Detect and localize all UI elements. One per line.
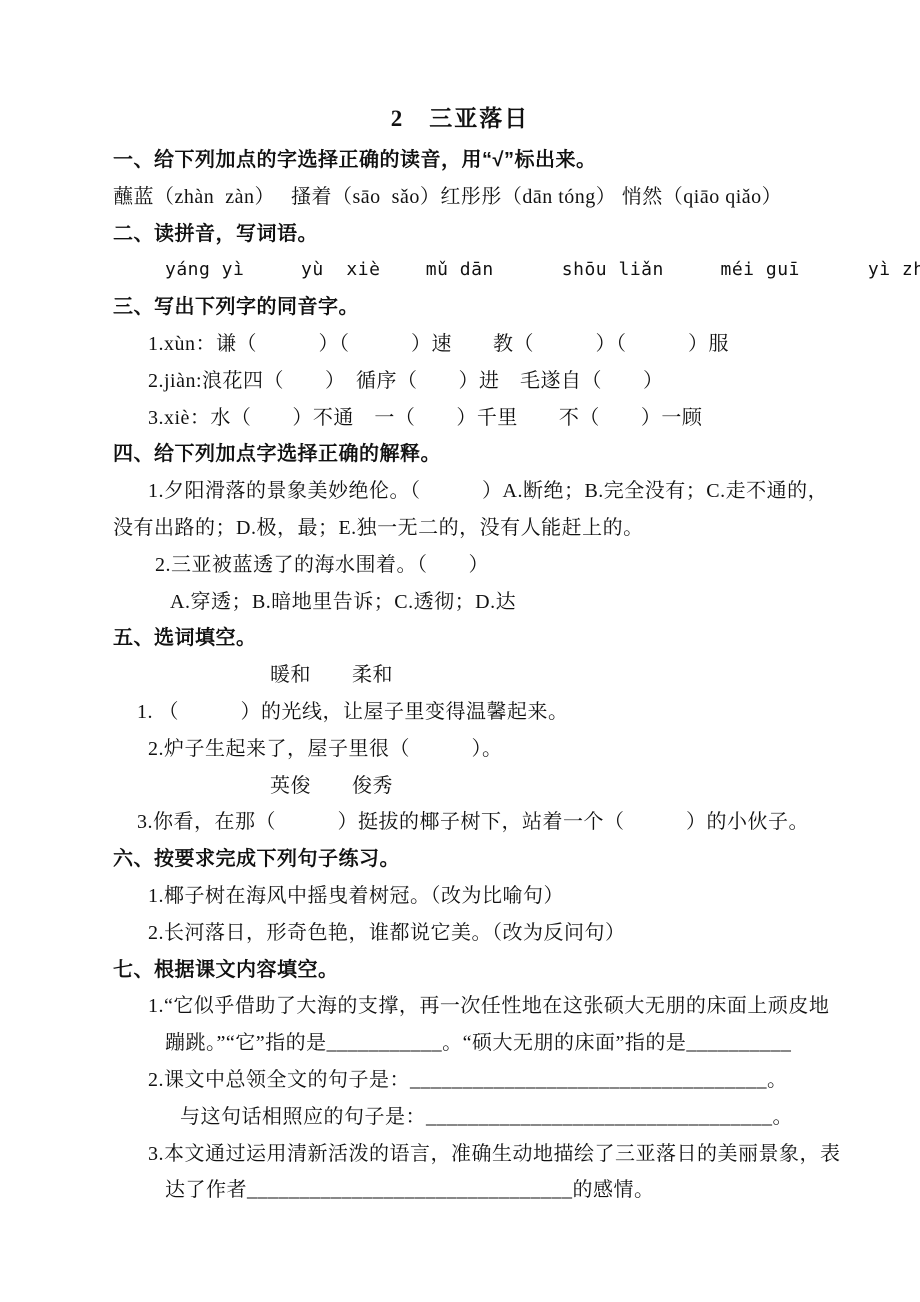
worksheet-content: 2 三亚落日 一、给下列加点的字选择正确的读音，用“√”标出来。 蘸蓝（zhàn… bbox=[0, 96, 813, 1209]
worksheet-title: 2 三亚落日 bbox=[113, 96, 807, 142]
section-7: 七、根据课文内容填空。 1.“它似乎借助了大海的支撑，再一次任性地在这张硕大无朋… bbox=[113, 952, 813, 1210]
section-5-line-3: 3.你看，在那（ ）挺拔的椰子树下，站着一个（ ）的小伙子。 bbox=[137, 804, 813, 841]
section-4-line-4: A.穿透；B.暗地里告诉；C.透彻；D.达 bbox=[170, 584, 813, 621]
section-1-heading: 一、给下列加点的字选择正确的读音，用“√”标出来。 bbox=[113, 142, 813, 179]
section-6-line-1: 1.椰子树在海风中摇曳着树冠。（改为比喻句） bbox=[148, 878, 813, 915]
section-5-heading: 五、选词填空。 bbox=[113, 620, 813, 657]
section-1: 一、给下列加点的字选择正确的读音，用“√”标出来。 蘸蓝（zhàn zàn） 搔… bbox=[113, 142, 813, 216]
section-5: 五、选词填空。 暖和 柔和 1. （ ）的光线，让屋子里变得温馨起来。 2.炉子… bbox=[113, 620, 813, 841]
section-3-line-1: 1.xùn：谦（ ）（ ）速 教（ ）（ ）服 bbox=[148, 326, 813, 363]
section-2: 二、读拼音，写词语。 yáng yì yù xiè mǔ dān shōu li… bbox=[113, 216, 813, 290]
section-7-line-6: 达了作者_______________________________的感情。 bbox=[165, 1172, 813, 1209]
section-7-line-2: 蹦跳。”“它”指的是___________。“硕大无朋的床面”指的是______… bbox=[165, 1025, 813, 1062]
section-6-heading: 六、按要求完成下列句子练习。 bbox=[113, 841, 813, 878]
section-7-line-3: 2.课文中总领全文的句子是：__________________________… bbox=[148, 1062, 813, 1099]
section-7-line-1: 1.“它似乎借助了大海的支撑，再一次任性地在这张硕大无朋的床面上顽皮地 bbox=[148, 988, 813, 1025]
section-5-line-2: 2.炉子生起来了，屋子里很（ ）。 bbox=[148, 731, 813, 768]
section-3-line-2: 2.jiàn:浪花四（ ） 循序（ ）进 毛遂自（ ） bbox=[148, 363, 813, 400]
section-7-line-5: 3.本文通过运用清新活泼的语言，准确生动地描绘了三亚落日的美丽景象，表 bbox=[148, 1136, 813, 1173]
section-4-line-1: 1.夕阳滑落的景象美妙绝伦。（ ）A.断绝；B.完全没有；C.走不通的， bbox=[148, 473, 813, 510]
section-6-line-2: 2.长河落日，形奇色艳，谁都说它美。（改为反问句） bbox=[148, 915, 813, 952]
section-4-line-3: 2.三亚被蓝透了的海水围着。（ ） bbox=[155, 547, 813, 584]
section-4-line-2: 没有出路的；D.极，最；E.独一无二的，没有人能赶上的。 bbox=[113, 510, 813, 547]
section-5-word-pair-2: 英俊 俊秀 bbox=[270, 768, 813, 805]
section-7-heading: 七、根据课文内容填空。 bbox=[113, 952, 813, 989]
section-3-heading: 三、写出下列字的同音字。 bbox=[113, 289, 813, 326]
section-3: 三、写出下列字的同音字。 1.xùn：谦（ ）（ ）速 教（ ）（ ）服 2.j… bbox=[113, 289, 813, 436]
section-6: 六、按要求完成下列句子练习。 1.椰子树在海风中摇曳着树冠。（改为比喻句） 2.… bbox=[113, 841, 813, 951]
section-3-line-3: 3.xiè：水（ ）不通 一（ ）千里 不（ ）一顾 bbox=[148, 400, 813, 437]
section-2-heading: 二、读拼音，写词语。 bbox=[113, 216, 813, 253]
section-5-word-pair-1: 暖和 柔和 bbox=[270, 657, 813, 694]
section-4-heading: 四、给下列加点字选择正确的解释。 bbox=[113, 436, 813, 473]
worksheet-page: 2 三亚落日 一、给下列加点的字选择正确的读音，用“√”标出来。 蘸蓝（zhàn… bbox=[0, 0, 920, 1302]
section-2-pinyin-line: yáng yì yù xiè mǔ dān shōu liǎn méi guī … bbox=[165, 252, 813, 289]
section-5-line-1: 1. （ ）的光线，让屋子里变得温馨起来。 bbox=[137, 694, 813, 731]
section-7-line-4: 与这句话相照应的句子是：____________________________… bbox=[180, 1099, 813, 1136]
section-4: 四、给下列加点字选择正确的解释。 1.夕阳滑落的景象美妙绝伦。（ ）A.断绝；B… bbox=[113, 436, 813, 620]
section-1-line-1: 蘸蓝（zhàn zàn） 搔着（sāo sǎo）红彤彤（dān tóng） 悄然… bbox=[113, 179, 813, 216]
